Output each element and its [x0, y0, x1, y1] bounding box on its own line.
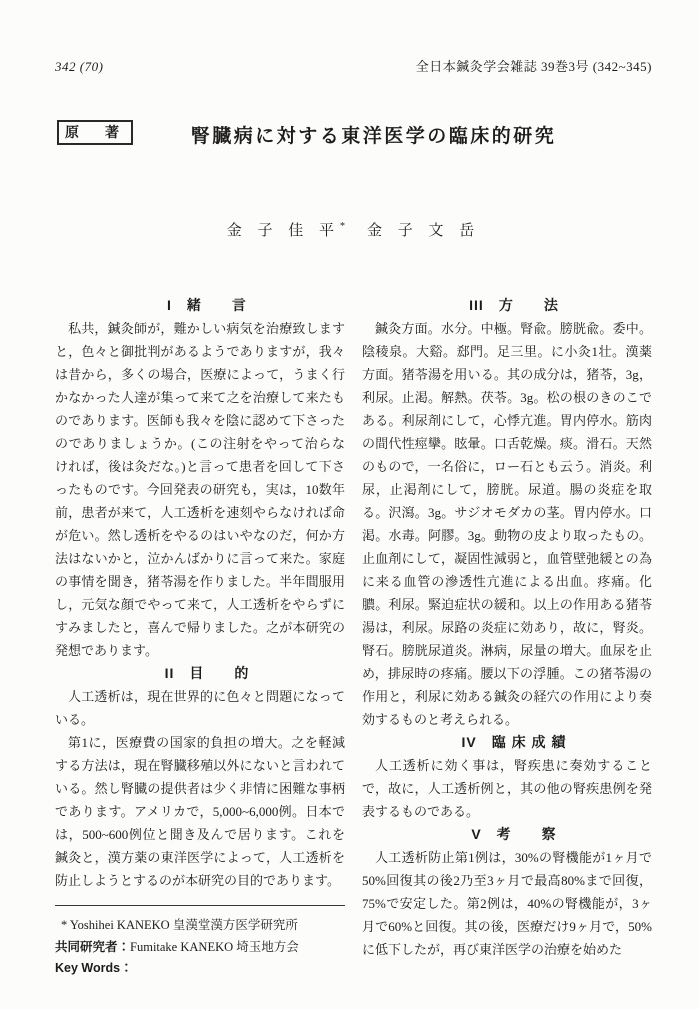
page-header: 342 (70) 全日本鍼灸学会雑誌 39巻3号 (342~345) [55, 56, 652, 75]
coresearcher-label: 共同研究者： [55, 940, 130, 954]
purpose-paragraph-1: 人工透析は，現在世界的に色々と問題になっている。 [55, 685, 345, 731]
original-article-badge: 原 著 [57, 120, 133, 145]
footnote-keywords: Key Words： [55, 958, 345, 980]
header-page-number: 342 (70) [55, 59, 103, 75]
footnote-author-affiliation: * Yoshihei KANEKO 皇漢堂漢方医学研究所 [55, 915, 345, 937]
coresearcher-text: Fumitake KANEKO 埼玉地方会 [130, 940, 299, 954]
section-heading-results: IV 臨 床 成 績 [362, 731, 652, 754]
footnote-divider [55, 905, 345, 906]
results-paragraph: 人工透析に効く事は，腎疾患に奏効することで，故に，人工透析例と，其の他の腎疾患例… [362, 754, 652, 823]
intro-paragraph: 私共，鍼灸師が，難かしい病気を治療致しますと，色々と御批判があるようでありますが… [55, 317, 345, 662]
section-heading-discussion: V 考 察 [362, 823, 652, 846]
section-heading-intro: I 緒 言 [55, 294, 345, 317]
author-name-2: 金 子 文 岳 [367, 223, 480, 239]
discussion-paragraph: 人工透析防止第1例は，30%の腎機能が1ヶ月で50%回復其の後2乃至3ヶ月で最高… [362, 846, 652, 961]
title-row: 原 著 腎臓病に対する東洋医学の臨床的研究 [55, 121, 652, 149]
left-column: I 緒 言 私共，鍼灸師が，難かしい病気を治療致しますと，色々と御批判があるよう… [55, 294, 345, 980]
section-heading-purpose: II 目 的 [55, 662, 345, 685]
author-line: 金 子 佳 平*金 子 文 岳 [55, 219, 652, 240]
method-paragraph: 鍼灸方面。水分。中極。腎兪。膀胱兪。委中。陰稜泉。大谿。郄門。足三里。に小灸1壮… [362, 317, 652, 731]
paper-page: 342 (70) 全日本鍼灸学会雑誌 39巻3号 (342~345) 原 著 腎… [0, 0, 698, 1009]
footnote-block: * Yoshihei KANEKO 皇漢堂漢方医学研究所 共同研究者：Fumit… [55, 915, 345, 980]
keywords-label: Key Words： [55, 961, 133, 975]
right-column: III 方 法 鍼灸方面。水分。中極。腎兪。膀胱兪。委中。陰稜泉。大谿。郄門。足… [362, 294, 652, 980]
purpose-paragraph-2: 第1に，医療費の国家的負担の増大。之を軽減する方法は，現在腎臓移殖以外にないと言… [55, 731, 345, 892]
header-journal-info: 全日本鍼灸学会雑誌 39巻3号 (342~345) [416, 56, 652, 75]
footnote-coresearcher: 共同研究者：Fumitake KANEKO 埼玉地方会 [55, 937, 345, 959]
author-asterisk: * [340, 221, 345, 232]
paper-title: 腎臓病に対する東洋医学の臨床的研究 [55, 121, 652, 148]
author-name-1: 金 子 佳 平 [227, 223, 340, 239]
two-column-body: I 緒 言 私共，鍼灸師が，難かしい病気を治療致しますと，色々と御批判があるよう… [55, 294, 652, 980]
section-heading-method: III 方 法 [362, 294, 652, 317]
